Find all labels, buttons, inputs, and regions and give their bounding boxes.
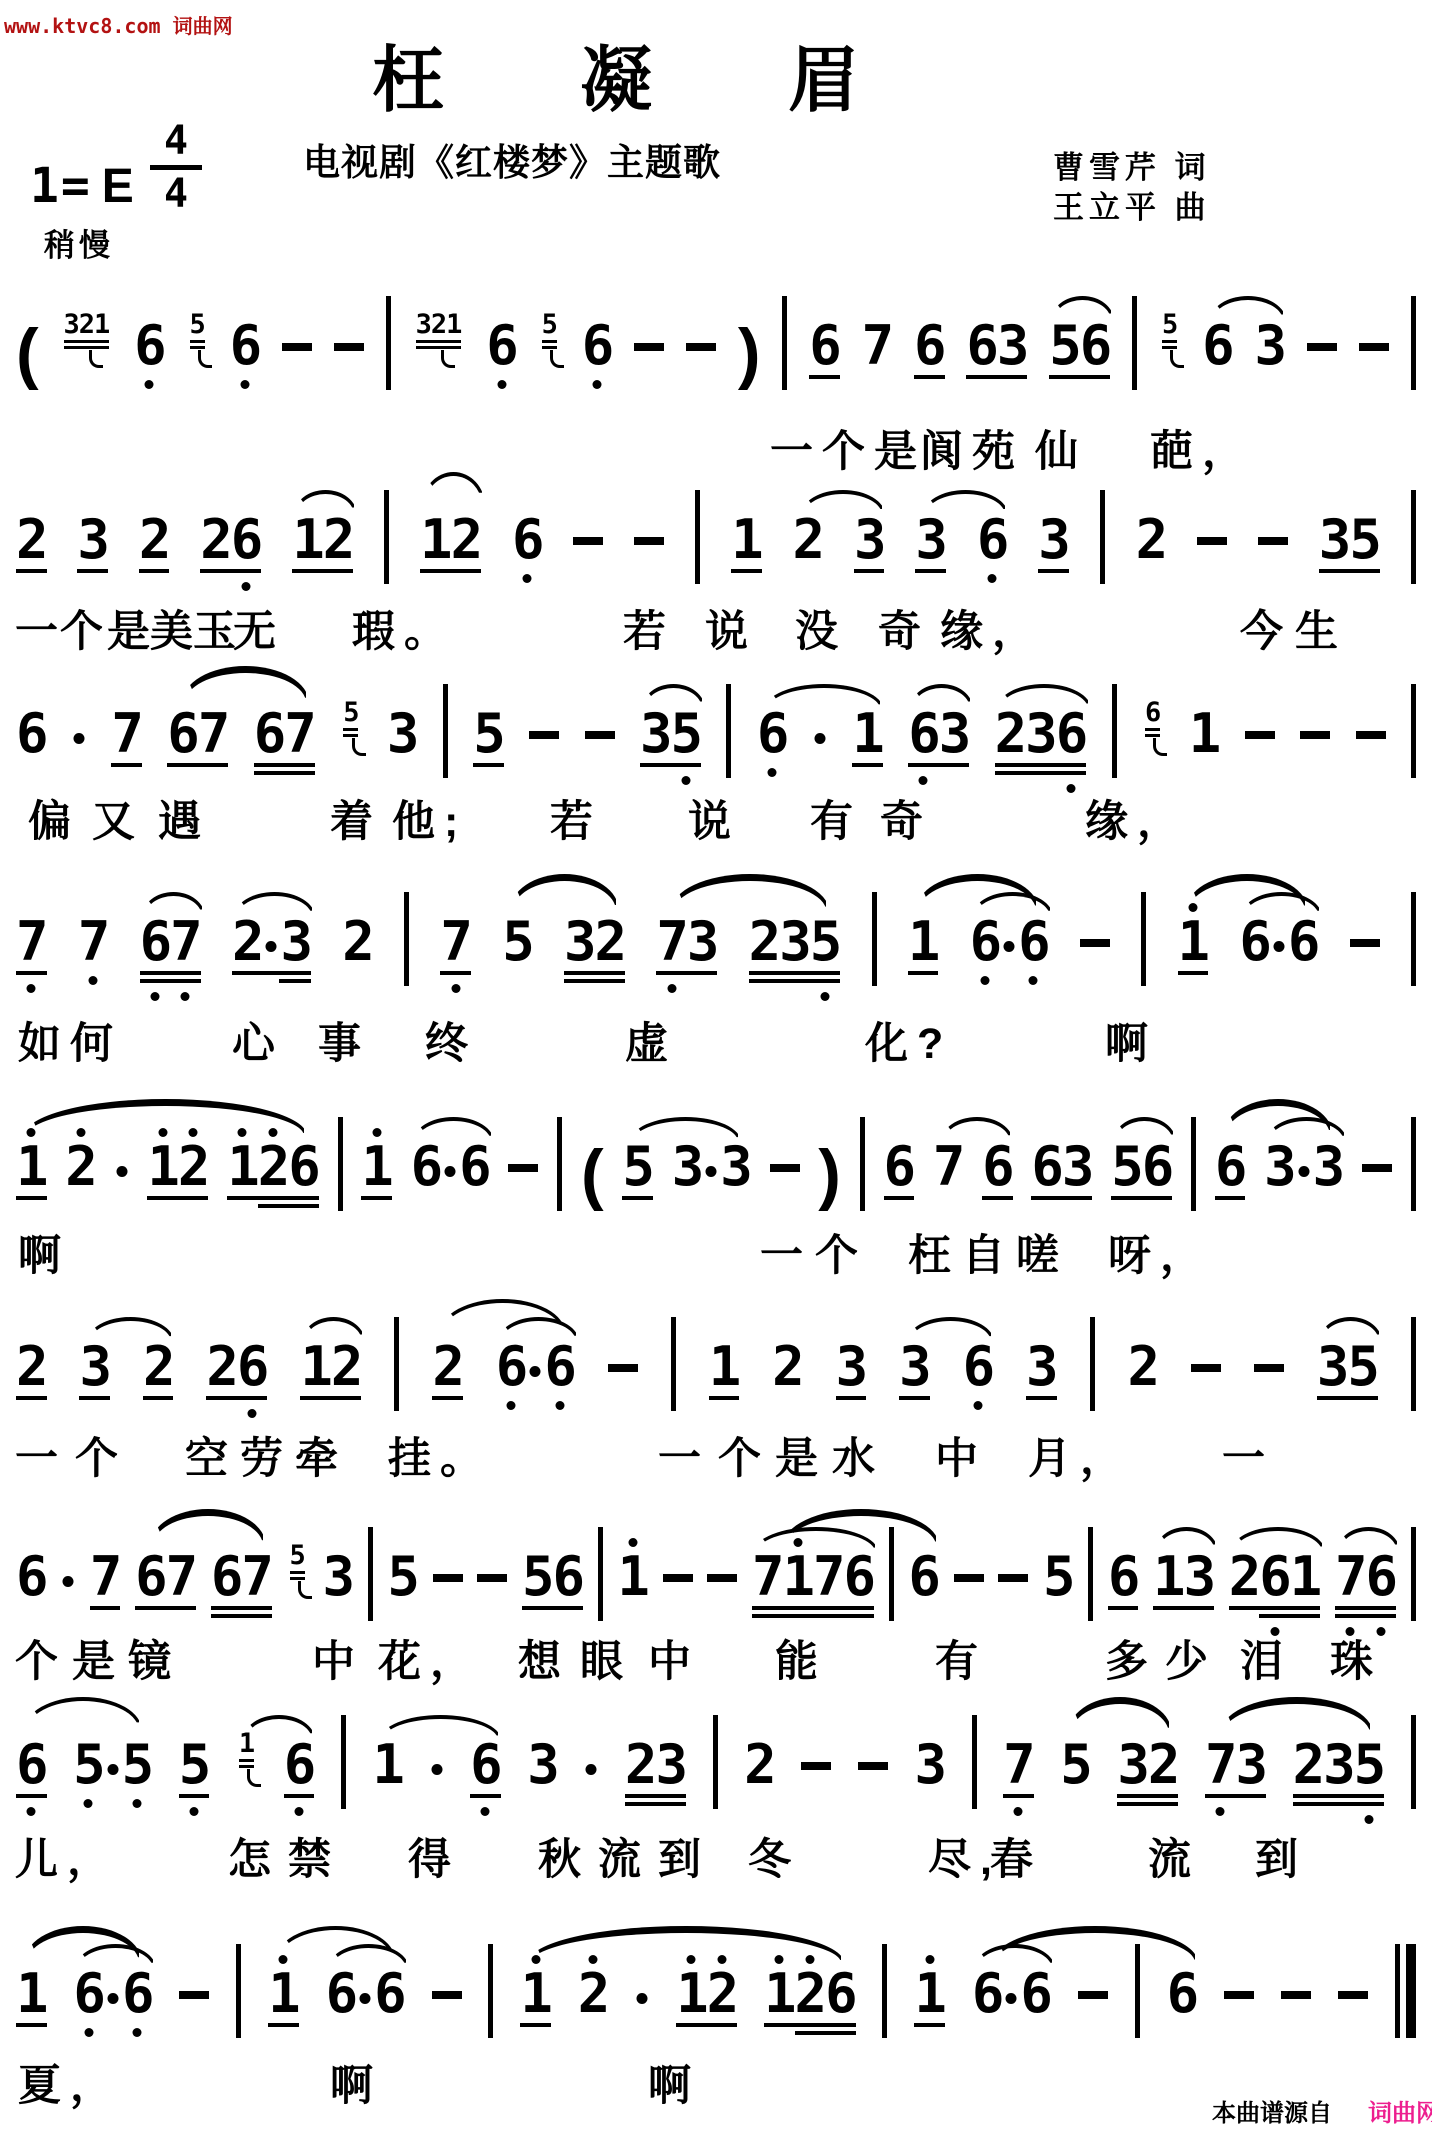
note-digit: 6	[1031, 1141, 1062, 1193]
dash-note	[608, 1364, 638, 1372]
beam-underline	[1319, 569, 1380, 573]
note: 56	[1111, 1141, 1172, 1193]
beam-underline	[143, 1396, 174, 1400]
octave-dot-above	[925, 1955, 934, 1964]
note-digit: 3	[1184, 1551, 1215, 1603]
slur-arc	[380, 1715, 501, 1740]
note: 3	[915, 514, 946, 566]
note-digit: 2	[232, 916, 263, 968]
octave-dot-below	[84, 1799, 93, 1808]
octave-dot-below	[507, 1401, 516, 1410]
barline	[384, 490, 389, 584]
beam-underline	[420, 569, 481, 573]
grace-tie-hook	[298, 1581, 312, 1599]
barline	[1411, 296, 1416, 390]
note: 6	[582, 320, 613, 372]
octave-dot-below	[481, 1807, 490, 1816]
note-digit: 3	[1264, 1141, 1295, 1193]
note: 2	[772, 1341, 803, 1393]
note-digit: 2	[451, 514, 482, 566]
grace-note: 5	[190, 312, 205, 338]
note: 1	[908, 916, 939, 968]
lyric-text: 心	[232, 1010, 284, 1071]
note: 2	[65, 1141, 96, 1193]
grace-underline	[290, 1571, 305, 1574]
note-digit: 6	[544, 1341, 575, 1393]
note: 2	[1136, 514, 1167, 566]
note: 6	[1215, 1141, 1246, 1193]
note-digit: 3	[1317, 1341, 1348, 1393]
slur-arc	[413, 1117, 494, 1142]
grace-note: 5	[343, 700, 358, 726]
octave-dot-below	[681, 776, 690, 785]
lyric-text: 苑	[972, 418, 1024, 479]
note: 32	[1117, 1739, 1178, 1791]
beam-underline	[470, 1794, 501, 1798]
final-barline	[1395, 1944, 1416, 2038]
beam-underline	[227, 1196, 319, 1200]
dash-note	[1224, 1991, 1254, 1999]
note-digit: 3	[899, 1341, 930, 1393]
barline	[726, 684, 731, 778]
augmentation-dot	[1273, 941, 1284, 952]
dot-part	[441, 1141, 459, 1193]
note-digit: 6	[231, 514, 262, 566]
key-prefix: 1=	[30, 158, 92, 214]
slur-arc	[24, 1099, 307, 1136]
notation-row: 7767232753273235166166	[0, 914, 1432, 968]
note-digit: 7	[111, 708, 142, 760]
lyric-text: 想	[518, 1628, 570, 1689]
grace-note: 6	[1145, 700, 1160, 726]
lyric-text: 水	[832, 1425, 884, 1486]
note-digit: 1	[709, 1341, 740, 1393]
lyric-text: 眼	[580, 1628, 632, 1689]
note-digit: 2	[139, 514, 170, 566]
beam-underline	[16, 1794, 47, 1798]
barline	[386, 296, 391, 390]
note-digit: 6	[582, 320, 613, 372]
lyric-text: 到	[658, 1826, 710, 1887]
note-digit: 1	[782, 1551, 813, 1603]
note: 7	[862, 320, 893, 372]
beam-underline	[1293, 1794, 1385, 1798]
grace-digit: 5	[343, 697, 358, 728]
beam-underline	[995, 771, 1087, 775]
note-digit: 6	[908, 708, 939, 760]
meter-numerator: 4	[150, 118, 202, 164]
note-digit: 6	[1142, 1141, 1173, 1193]
beam-underline	[1117, 1802, 1178, 1806]
note-digit: 6	[16, 708, 47, 760]
grace-note: 5	[1162, 312, 1177, 338]
lyric-text: 个	[822, 418, 874, 479]
note-digit: 5	[1049, 320, 1080, 372]
note-digit: 7	[862, 320, 893, 372]
note: 7	[440, 916, 471, 968]
note: 7	[933, 1141, 964, 1193]
dash-note	[954, 1574, 984, 1582]
dot-part	[1295, 1141, 1313, 1193]
beam-underline	[1335, 1614, 1396, 1618]
slur-arc	[801, 490, 885, 515]
note: 56	[522, 1551, 583, 1603]
barline	[1411, 1117, 1416, 1211]
octave-dot-below	[1014, 1807, 1023, 1816]
lyrics-row: 啊一个枉自嗟呀，	[0, 1222, 1432, 1274]
note: 55	[73, 1739, 152, 1791]
parenthesis: )	[738, 328, 761, 378]
lyric-text: 嗟	[1016, 1222, 1068, 1283]
lyric-text: 珠	[1330, 1628, 1382, 1689]
beam-underline	[284, 1794, 315, 1798]
barline	[1100, 490, 1105, 584]
octave-dot-below	[667, 984, 676, 993]
beam-underline	[1026, 1396, 1057, 1400]
parenthesis: )	[818, 1149, 841, 1199]
octave-dot-below	[27, 1807, 36, 1816]
lyric-text: 阆	[920, 418, 972, 479]
beam-underline	[854, 569, 885, 573]
beam-underline	[731, 569, 762, 573]
dot	[586, 1764, 597, 1775]
note: 32	[564, 916, 625, 968]
note: 6	[757, 708, 788, 760]
note-digit: 2	[595, 916, 626, 968]
note-digit: 5	[179, 1739, 210, 1791]
note-digit: 2	[1127, 1341, 1158, 1393]
augmentation-dot	[445, 1166, 456, 1177]
note-digit: 6	[972, 1968, 1003, 2020]
grace-underline	[1145, 734, 1160, 737]
note: 1	[617, 1551, 648, 1603]
octave-dot-below	[973, 1401, 982, 1410]
slur-arc	[765, 684, 883, 709]
note: 3	[77, 514, 108, 566]
beam-underline	[1117, 1794, 1178, 1798]
augmentation-dot	[1006, 1993, 1017, 2004]
lyric-text: 又	[92, 788, 144, 849]
slur-arc	[1231, 1527, 1325, 1552]
beam-underline	[179, 1794, 210, 1798]
note: 5	[179, 1739, 210, 1791]
lyrics-row: 个是镜中花，想眼中能有多少泪珠	[0, 1628, 1432, 1680]
slur-arc	[1319, 1317, 1382, 1342]
beam-underline	[300, 1396, 361, 1400]
grace-underline	[64, 340, 110, 343]
octave-dot-below	[497, 380, 506, 389]
note-digit: 6	[16, 1739, 47, 1791]
lyric-text: 个	[718, 1425, 770, 1486]
note-digit: 2	[1229, 1551, 1260, 1603]
slur-arc	[24, 1697, 142, 1731]
grace-note: 5	[290, 1543, 305, 1569]
slur-arc	[1220, 1697, 1372, 1734]
dash-note	[663, 1574, 693, 1582]
lyric-text: 牵	[295, 1425, 347, 1486]
note-digit: 6	[1080, 320, 1111, 372]
dash-note	[1258, 537, 1288, 545]
lyric-text: 着	[330, 788, 382, 849]
credits: 曹雪芹 词 王立平 曲	[1053, 148, 1211, 228]
beam-underline	[908, 971, 939, 975]
note-digit: 3	[387, 708, 418, 760]
beam-underline	[622, 1196, 653, 1200]
barline	[860, 1117, 865, 1211]
barline	[394, 1317, 399, 1411]
note-digit: 3	[1313, 1141, 1344, 1193]
note-digit: 6	[326, 1968, 357, 2020]
note: 1	[268, 1968, 299, 2020]
slur-arc	[150, 1509, 266, 1546]
lyric-text: 个	[815, 1222, 867, 1283]
beam-underline	[995, 763, 1087, 767]
note: 6	[134, 320, 165, 372]
slur-arc	[910, 684, 973, 709]
dash-note	[282, 343, 312, 351]
grace-digit: 1	[446, 309, 461, 340]
beam-underline	[292, 569, 353, 573]
note-digit: 3	[672, 1141, 703, 1193]
note: 67	[167, 708, 228, 760]
note-digit: 5	[122, 1739, 153, 1791]
lyric-text: 中	[935, 1425, 987, 1486]
note-digit: 6	[496, 1341, 527, 1393]
slur-arc	[510, 874, 619, 911]
dot-part	[104, 1968, 122, 2020]
lyric-text: 偏	[28, 788, 80, 849]
note-digit: 1	[361, 1141, 392, 1193]
octave-dot-below	[133, 2028, 142, 2037]
note: 67	[211, 1551, 272, 1603]
note: 2	[432, 1341, 463, 1393]
lyric-text: 事	[318, 1010, 370, 1071]
lyricist-credit: 曹雪芹 词	[1053, 148, 1211, 188]
note: 3	[836, 1341, 867, 1393]
note: 6	[982, 1141, 1013, 1193]
beam-underline	[1003, 1794, 1034, 1798]
note-digit: 6	[1167, 1968, 1198, 2020]
barline	[671, 1317, 676, 1411]
note-digit: 3	[1062, 1141, 1093, 1193]
octave-dot-below	[768, 768, 777, 777]
note-digit: 1	[227, 1141, 258, 1193]
note-digit: 2	[744, 1739, 775, 1791]
beam-underline	[1108, 1606, 1139, 1610]
dash-note	[1197, 537, 1227, 545]
dot-part	[356, 1968, 374, 2020]
augmentation-dot	[813, 708, 827, 760]
key-letter: E	[102, 160, 136, 213]
beam-underline	[361, 1196, 392, 1200]
dot	[431, 1764, 442, 1775]
note-digit: 3	[280, 916, 311, 968]
note-digit: 1	[420, 514, 451, 566]
octave-dot-below	[294, 1807, 303, 1816]
dot-part	[1002, 1968, 1020, 2020]
note-digit: 6	[230, 320, 261, 372]
slur-arc	[294, 490, 357, 515]
note-digit: 6	[1366, 1551, 1397, 1603]
note-digit: 2	[206, 1341, 237, 1393]
note-digit: 6	[470, 1739, 501, 1791]
beam-underline	[111, 763, 142, 767]
note: 2	[139, 514, 170, 566]
augmentation-dot	[1004, 941, 1015, 952]
note: 2	[578, 1968, 609, 2020]
augmentation-dot	[530, 1366, 541, 1377]
barline	[1411, 1715, 1416, 1809]
note: 7	[78, 916, 109, 968]
dash-note	[1350, 939, 1380, 947]
note: 35	[640, 708, 701, 760]
lyric-text: 怎	[228, 1826, 280, 1887]
notation-row: (321656321656)6766356563	[0, 318, 1432, 372]
note-digit: 3	[1323, 1739, 1354, 1791]
dash-note	[1078, 1991, 1108, 1999]
note-digit: 3	[1117, 1739, 1148, 1791]
note: 6	[914, 320, 945, 372]
grace-underline	[416, 346, 462, 349]
lyric-text: 啊	[18, 1222, 70, 1283]
note-digit: 6	[237, 1341, 268, 1393]
lyric-text: 是	[775, 1425, 827, 1486]
note: 67	[135, 1551, 196, 1603]
note-digit: 5	[73, 1739, 104, 1791]
augmentation-dot	[266, 941, 277, 952]
note: 66	[1239, 916, 1318, 968]
note-digit: 2	[65, 1141, 96, 1193]
lyric-text: 个	[15, 1628, 67, 1689]
note-digit: 6	[16, 1551, 47, 1603]
slur-arc	[182, 666, 309, 703]
grace-digit: 1	[94, 309, 109, 340]
note: 1	[16, 1968, 47, 2020]
beam-underline	[656, 971, 717, 975]
beam-underline	[147, 1196, 208, 1200]
note-digit: 1	[268, 1968, 299, 2020]
augmentation-dot	[115, 1141, 129, 1193]
lyric-text: 没	[795, 598, 847, 659]
tempo-marking: 稍慢	[44, 220, 114, 265]
note: 2	[16, 1341, 47, 1393]
grace-tie-hook	[198, 350, 212, 368]
note-digit: 6	[908, 1551, 939, 1603]
beam-underline	[1215, 1196, 1246, 1200]
barline	[1411, 1317, 1416, 1411]
note-digit: 2	[625, 1739, 656, 1791]
octave-dot-below	[1364, 1815, 1373, 1824]
note: 76	[1335, 1551, 1396, 1603]
octave-dot-below	[593, 380, 602, 389]
lyrics-row: 夏，啊啊	[0, 2052, 1432, 2104]
note-digit: 2	[772, 1341, 803, 1393]
slur-arc	[783, 1509, 939, 1546]
note-digit: 6	[134, 320, 165, 372]
note: 12	[147, 1141, 208, 1193]
note-digit: 1	[676, 1968, 707, 2020]
note-digit: 2	[342, 916, 373, 968]
slur-arc	[1210, 296, 1286, 321]
note: 12	[420, 514, 481, 566]
note-digit: 2	[578, 1968, 609, 2020]
octave-dot-below	[451, 984, 460, 993]
grace-note: 321	[64, 312, 110, 338]
note: 67	[254, 708, 315, 760]
note: 126	[227, 1141, 319, 1193]
lyric-text: 是	[72, 1628, 124, 1689]
grace-note: 5	[542, 312, 557, 338]
note: 6	[963, 1341, 994, 1393]
dot-part	[526, 1341, 544, 1393]
dash-note	[1080, 939, 1110, 947]
lyric-text: 冬	[748, 1826, 800, 1887]
note: 1	[1178, 916, 1209, 968]
note-digit: 6	[1259, 1551, 1290, 1603]
barline	[1411, 892, 1416, 986]
beam-underline	[16, 1196, 47, 1200]
note-digit: 3	[997, 320, 1028, 372]
note-digit: 6	[459, 1141, 490, 1193]
notation-row: 6555161632323753273235	[0, 1737, 1432, 1791]
note-digit: 6	[254, 708, 285, 760]
grace-underline	[1162, 346, 1177, 349]
note: 3	[914, 1739, 945, 1791]
note: 2	[793, 514, 824, 566]
note: 3	[854, 514, 885, 566]
note: 56	[1049, 320, 1110, 372]
note: 1	[16, 1141, 47, 1193]
dot-part	[104, 1739, 122, 1791]
beam-underline	[764, 2023, 856, 2027]
note-digit: 1	[852, 708, 883, 760]
note: 12	[292, 514, 353, 566]
beam-underline	[752, 1614, 874, 1618]
note: 7	[111, 708, 142, 760]
note: 2	[16, 514, 47, 566]
grace-underline	[1162, 340, 1177, 343]
note: 6	[884, 1141, 915, 1193]
lyric-text: 一	[15, 1425, 67, 1486]
note-digit: 3	[1319, 514, 1350, 566]
slur-arc	[941, 1117, 1013, 1142]
lyric-text: 个	[60, 598, 112, 659]
note-digit: 1	[520, 1968, 551, 2020]
grace-digit: 5	[290, 1540, 305, 1571]
note: 5	[387, 1551, 418, 1603]
lyric-text: 有	[935, 1628, 987, 1689]
beam-underline	[749, 979, 841, 983]
grace-note: 321	[416, 312, 462, 338]
lyric-text: 儿，	[15, 1826, 119, 1887]
note: 33	[672, 1141, 751, 1193]
dot	[116, 1166, 127, 1177]
note-digit: 5	[1043, 1551, 1074, 1603]
grace-digit: 6	[1145, 697, 1160, 728]
slur-arc	[997, 684, 1091, 709]
note: 66	[972, 1968, 1051, 2020]
lyric-text: 缘，	[940, 598, 1044, 659]
barline	[1132, 296, 1137, 390]
note: 66	[411, 1141, 490, 1193]
note-digit: 3	[915, 514, 946, 566]
grace-underline	[542, 340, 557, 343]
source-prefix: 本曲谱源自	[1212, 2100, 1332, 2127]
beam-underline	[899, 1396, 930, 1400]
beam-underline	[564, 971, 625, 975]
lyric-text: 葩，	[1150, 418, 1254, 479]
lyric-text: 生	[1295, 598, 1347, 659]
